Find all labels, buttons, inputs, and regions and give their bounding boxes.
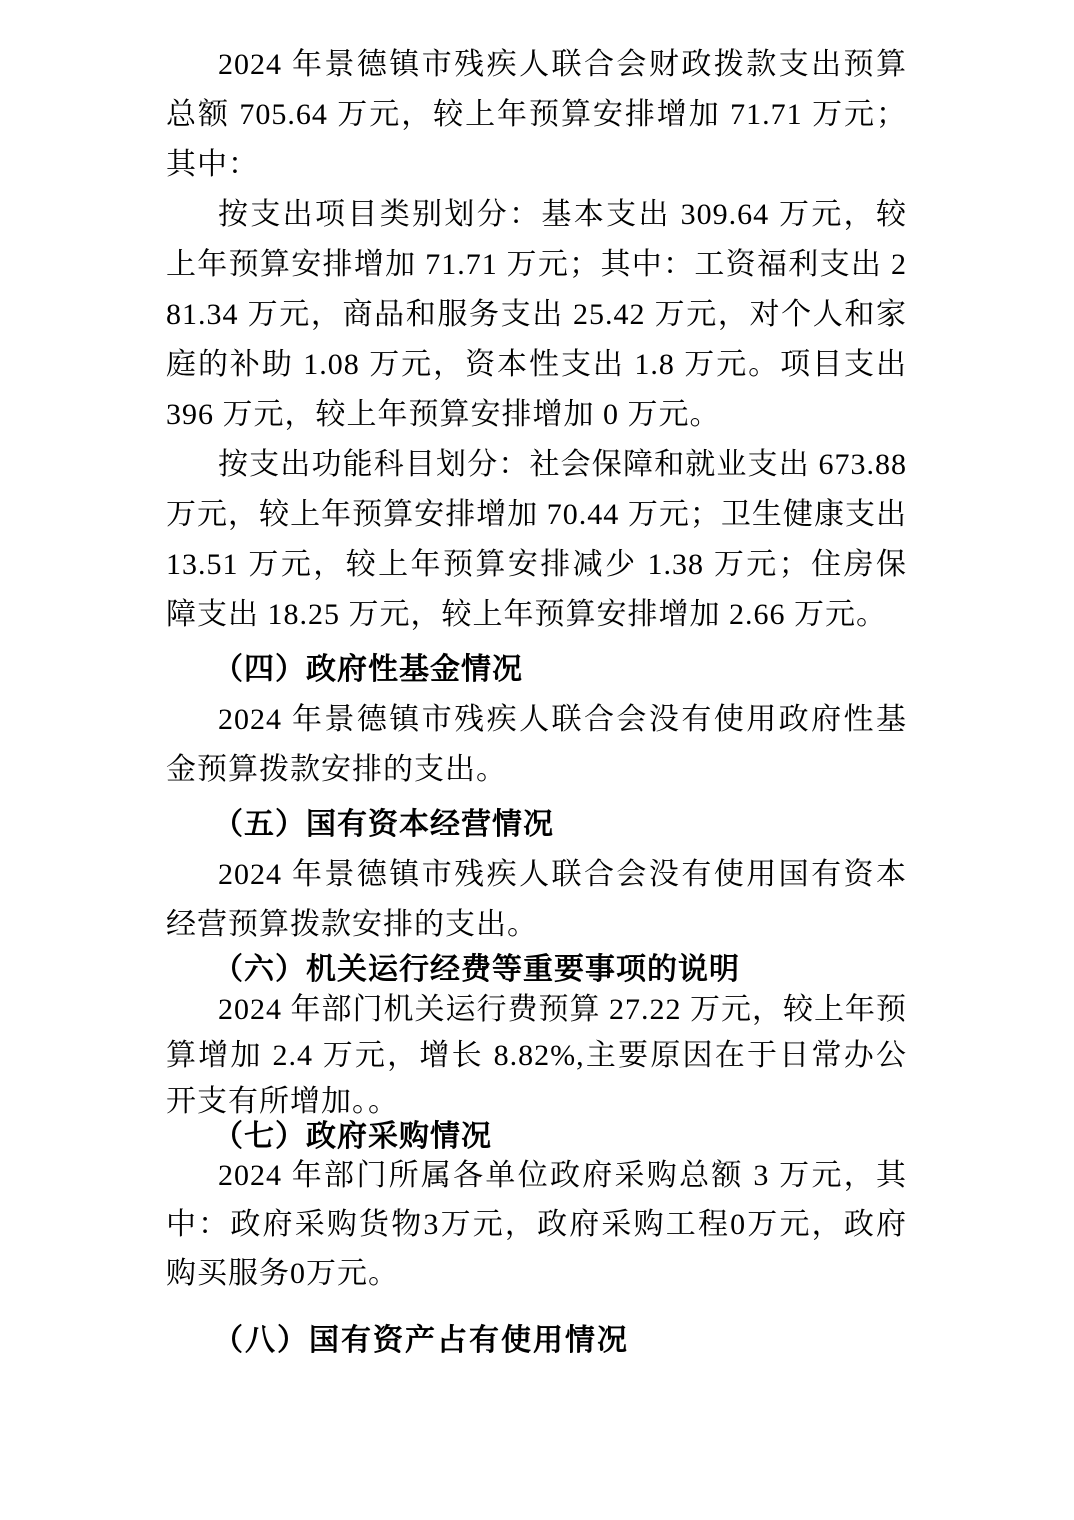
government-procurement-paragraph: 2024 年部门所属各单位政府采购总额 3 万元，其中：政府采购货物3万元，政府… bbox=[166, 1151, 907, 1298]
section-4-government-fund-heading: （四）政府性基金情况 bbox=[166, 645, 907, 695]
section-5-state-capital-heading: （五）国有资本经营情况 bbox=[166, 800, 907, 850]
document-content: 2024 年景德镇市残疾人联合会财政拨款支出预算总额 705.64 万元，较上年… bbox=[166, 40, 907, 1366]
state-capital-paragraph: 2024 年景德镇市残疾人联合会没有使用国有资本经营预算拨款安排的支出。 bbox=[166, 850, 907, 950]
fiscal-expenditure-total-paragraph: 2024 年景德镇市残疾人联合会财政拨款支出预算总额 705.64 万元，较上年… bbox=[166, 40, 907, 190]
government-fund-paragraph: 2024 年景德镇市残疾人联合会没有使用政府性基金预算拨款安排的支出。 bbox=[166, 695, 907, 795]
section-8-state-assets-heading: （八）国有资产占有使用情况 bbox=[166, 1316, 907, 1366]
expenditure-by-category-paragraph: 按支出项目类别划分：基本支出 309.64 万元，较上年预算安排增加 71.71… bbox=[166, 190, 907, 440]
operating-expenses-paragraph: 2024 年部门机关运行费预算 27.22 万元，较上年预算增加 2.4 万元，… bbox=[166, 987, 907, 1125]
expenditure-by-function-paragraph: 按支出功能科目划分：社会保障和就业支出 673.88 万元，较上年预算安排增加 … bbox=[166, 440, 907, 640]
document-page: 2024 年景德镇市残疾人联合会财政拨款支出预算总额 705.64 万元，较上年… bbox=[0, 0, 1074, 1520]
